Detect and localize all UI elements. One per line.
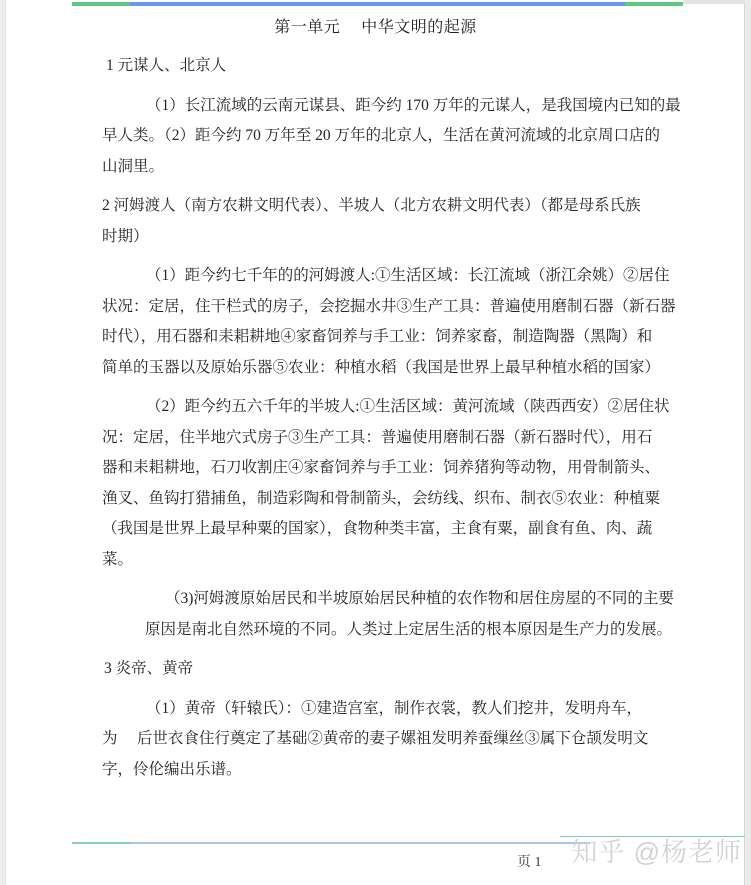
text-line: （1）长江流域的云南元谋县、距今约 170 万年的元谋人，是我国境内已知的最	[102, 91, 658, 122]
text-line: 时期）	[102, 222, 658, 253]
header-rule	[72, 2, 683, 6]
page-title: 第一单元 中华文明的起源	[0, 13, 751, 43]
text-line: （1）黄帝（轩辕氏）：①建造宫室，制作衣裳，教人们挖井，发明舟车，	[102, 694, 658, 725]
text-line: （2）距今约五六千年的半坡人:①生活区域：黄河流域（陕西西安）②居住状	[102, 392, 658, 423]
text-line: 时代），用石器和耒耜耕地④家畜饲养与手工业：饲养家畜，制造陶器（黑陶）和	[102, 322, 658, 353]
paragraph: （1）长江流域的云南元谋县、距今约 170 万年的元谋人，是我国境内已知的最早人…	[102, 91, 658, 183]
paragraph: （3)河姆渡原始居民和半坡原始居民种植的农作物和居住房屋的不同的主要原因是南北自…	[102, 584, 658, 645]
text-line: 渔叉、鱼钩打猎捕鱼，制造彩陶和骨制箭头，会纺线、织布、制衣⑤农业：种植粟	[102, 484, 658, 515]
text-line: 状况：定居，住干栏式的房子，会挖掘水井③生产工具：普遍使用磨制石器（新石器	[102, 292, 658, 323]
paragraph: （1）黄帝（轩辕氏）：①建造宫室，制作衣裳，教人们挖井，发明舟车，为 后世衣食住…	[102, 694, 658, 786]
section-heading: 1 元谋人、北京人	[102, 51, 658, 82]
text-line: 况：定居，住半地穴式房子③生产工具：普遍使用磨制石器（新石器时代），用石	[102, 423, 658, 454]
footer-rule	[72, 842, 590, 844]
paragraph: （2）距今约五六千年的半坡人:①生活区域：黄河流域（陕西西安）②居住状况：定居，…	[102, 392, 658, 575]
text-line: 器和耒耜耕地，石刀收割庄④家畜饲养与手工业：饲养猪狗等动物，用骨制箭头、	[102, 453, 658, 484]
text-line: （我国是世界上最早种粟的国家），食物种类丰富，主食有粟，副食有鱼、肉、蔬	[102, 514, 658, 545]
section-heading: 3 炎帝、黄帝	[102, 654, 658, 685]
page-number: 页 1	[517, 851, 542, 871]
text-line: 3 炎帝、黄帝	[102, 654, 658, 685]
paragraph: （1）距今约七千年的的河姆渡人:①生活区域：长江流域（浙江余姚）②居住状况：定居…	[102, 261, 658, 383]
text-line: 早人类。（2）距今约 70 万年至 20 万年的北京人，生活在黄河流域的北京周口…	[102, 121, 658, 152]
text-line: 1 元谋人、北京人	[102, 51, 658, 82]
text-line: 简单的玉器以及原始乐器⑤农业：种植水稻（我国是世界上最早种植水稻的国家）	[102, 353, 658, 384]
doc-body: 1 元谋人、北京人（1）长江流域的云南元谋县、距今约 170 万年的元谋人，是我…	[102, 51, 658, 785]
section-heading: 2 河姆渡人（南方农耕文明代表）、半坡人（北方农耕文明代表）（都是母系氏族时期）	[102, 191, 658, 252]
text-line: 菜。	[102, 545, 658, 576]
page-edge-right	[744, 0, 751, 885]
page-edge-top-right	[683, 0, 745, 4]
text-line: 字，伶伦编出乐谱。	[102, 755, 658, 786]
text-line: （1）距今约七千年的的河姆渡人:①生活区域：长江流域（浙江余姚）②居住	[102, 261, 658, 292]
text-line: （3)河姆渡原始居民和半坡原始居民种植的农作物和居住房屋的不同的主要	[102, 584, 658, 615]
text-line: 原因是南北自然环境的不同。人类过上定居生活的根本原因是生产力的发展。	[102, 615, 658, 646]
text-line: 2 河姆渡人（南方农耕文明代表）、半坡人（北方农耕文明代表）（都是母系氏族	[102, 191, 658, 222]
text-line: 为 后世衣食住行奠定了基础②黄帝的妻子嫘祖发明养蚕缫丝③属下仓颉发明文	[102, 724, 658, 755]
text-line: 山洞里。	[102, 152, 658, 183]
watermark: 知乎 @杨老师	[571, 837, 742, 867]
page-edge-left	[0, 0, 6, 885]
